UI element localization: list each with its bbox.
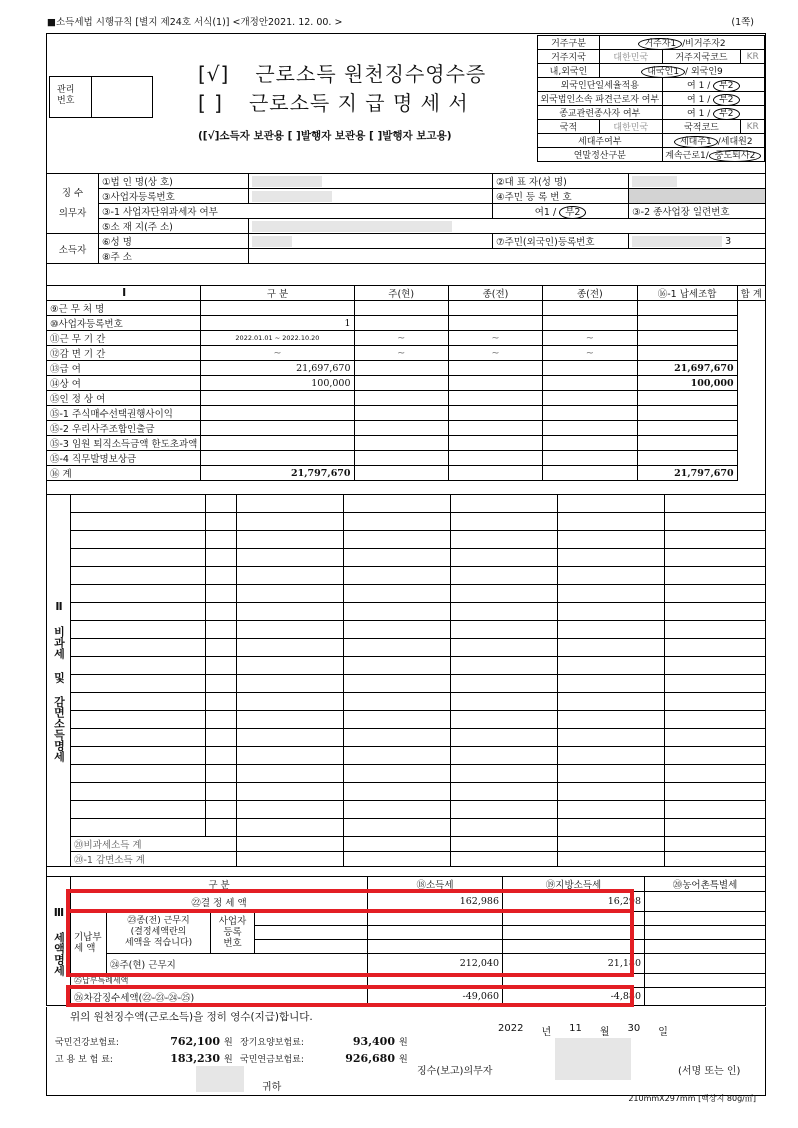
cell-union: [543, 406, 637, 421]
header-rural-tax: ⑳농어촌특별세: [645, 877, 766, 892]
earner-section-label: 소득자: [47, 234, 99, 264]
cell-prev1: [354, 421, 448, 436]
blank-cell: [451, 783, 558, 801]
table-row: [47, 693, 766, 711]
cell-union: ~: [543, 331, 637, 346]
row-label: ⑯ 계: [47, 466, 201, 481]
dispatched-worker-label: 외국법인소속 파견근로자 여부: [538, 92, 663, 106]
row-label: ⑮-4 직무발명보상금: [47, 451, 201, 466]
blank-cell: [665, 621, 766, 639]
branch-no-label: ③-2 종사업장 일련번호: [629, 204, 766, 219]
table-row: [47, 513, 766, 531]
cell-prev1: [354, 376, 448, 391]
blank-cell: [451, 711, 558, 729]
nationality-type-label: 내,외국인: [538, 64, 600, 78]
blank-cell: [206, 567, 237, 585]
section2-label: Ⅱ 비과세 및 감면소득명세: [47, 495, 71, 867]
cell-total: [637, 316, 737, 331]
cell-total: [637, 331, 737, 346]
page-number: (1쪽): [731, 14, 754, 28]
blank-cell: [71, 729, 206, 747]
cell-prev2: ~: [448, 346, 542, 361]
blank-cell: [665, 852, 766, 867]
blank-cell: [558, 585, 665, 603]
blank-cell: [206, 621, 237, 639]
cell-prev1: ~: [354, 346, 448, 361]
blank-cell: [451, 531, 558, 549]
residence-country-value: 대한민국: [600, 50, 663, 64]
table-row: ⑨근 무 처 명: [47, 301, 766, 316]
blank-cell: [665, 585, 766, 603]
blank-cell: [344, 513, 451, 531]
blank-cell: [344, 729, 451, 747]
row-label: ⑫감 면 기 간: [47, 346, 201, 361]
blank-cell: [206, 657, 237, 675]
cell-cur: 2022.01.01 ~ 2022.10.20: [201, 331, 354, 346]
payer-section-label: 징 수 의무자: [47, 174, 99, 234]
blank-cell: [558, 783, 665, 801]
ltc-insurance-label: 장기요양보험료:: [240, 1035, 320, 1048]
date-month: 11: [569, 1023, 582, 1038]
row-label: ⑭상 여: [47, 376, 201, 391]
employment-insurance-amount: 183,230: [145, 1052, 220, 1065]
blank-cell: [451, 495, 558, 513]
cell-prev2: [448, 436, 542, 451]
blank-cell: [237, 495, 344, 513]
cell-total: 21,797,670: [637, 466, 737, 481]
cell-prev1: [354, 361, 448, 376]
household-head-label: 세대주여부: [538, 134, 663, 148]
blank-cell: [71, 549, 206, 567]
blank-cell: [237, 837, 344, 852]
blank-cell: [206, 693, 237, 711]
cell-cur: [201, 406, 354, 421]
table-row: [47, 675, 766, 693]
table-row: [47, 765, 766, 783]
cell-total: 100,000: [637, 376, 737, 391]
blank-cell: [451, 837, 558, 852]
blank-cell: [237, 621, 344, 639]
cell-union: [543, 376, 637, 391]
recipient-suffix: 귀하: [262, 1078, 281, 1093]
pension-label: 국민연금보험료:: [240, 1052, 320, 1065]
table-row: [47, 549, 766, 567]
cell-union: [543, 361, 637, 376]
cell-prev2: [448, 451, 542, 466]
payer-earner-table: 징 수 의무자 ①법 인 명(상 호) x ②대 표 자(성 명) x ③사업자…: [46, 173, 766, 264]
blank-cell: [558, 621, 665, 639]
blank-cell: [665, 801, 766, 819]
form-title: [√]근로소득 원천징수영수증 [ ]근로소득 지 급 명 세 서: [198, 60, 486, 118]
cell-prev2: [448, 301, 542, 316]
header-prev2: 종(전): [543, 286, 637, 301]
blank-cell: [451, 819, 558, 837]
table-row: [47, 657, 766, 675]
blank-cell: [344, 495, 451, 513]
blank-cell: [558, 675, 665, 693]
cell-prev2: [448, 361, 542, 376]
blank-cell: [344, 693, 451, 711]
company-name-redacted: x: [252, 176, 322, 187]
payer-address-label: ⑤소 재 지(주 소): [99, 219, 249, 234]
blank-cell: [206, 783, 237, 801]
cell-prev2: ~: [448, 331, 542, 346]
table-row: [47, 819, 766, 837]
blank-cell: [344, 657, 451, 675]
blank-cell: [71, 495, 206, 513]
date-month-unit: 월: [600, 1023, 610, 1038]
blank-cell: [344, 852, 451, 867]
payer-address-redacted: x: [252, 221, 452, 232]
blank-cell: [237, 585, 344, 603]
earner-id-label: ⑦주민(외국인)등록번호: [493, 234, 629, 249]
blank-cell: [71, 585, 206, 603]
cell-union: [543, 421, 637, 436]
blank-cell: [451, 801, 558, 819]
cell-prev2: [448, 376, 542, 391]
blank-cell: [558, 765, 665, 783]
cell-union: [543, 316, 637, 331]
unit-tax-label: ③-1 사업자단위과세자 여부: [99, 204, 493, 219]
blank-cell: [344, 711, 451, 729]
flat-rate-label: 외국인단일세율적용: [538, 78, 663, 92]
cell-cur: 21,697,670: [201, 361, 354, 376]
cell-total: [637, 301, 737, 316]
earner-name-label: ⑥성 명: [99, 234, 249, 249]
table-row: [47, 567, 766, 585]
form-reference: ■소득세법 시행규칙 [별지 제24호 서식(1)] <개정안2021. 12.…: [47, 14, 342, 28]
date-day: 30: [628, 1023, 641, 1038]
cell-cur: [201, 451, 354, 466]
row-label: ⑮인 정 상 여: [47, 391, 201, 406]
blank-cell: [237, 567, 344, 585]
row-label: ⑨근 무 처 명: [47, 301, 201, 316]
blank-cell: [206, 819, 237, 837]
payer-seal-redacted: [555, 1038, 631, 1080]
blank-cell: [237, 603, 344, 621]
cell-union: [543, 391, 637, 406]
header-total: 합 계: [737, 286, 765, 301]
residence-table: 거주구분거주자1/비거주자2 거주지국대한민국거주지국코드KR 내,외국인내국인…: [537, 35, 765, 162]
blank-cell: [206, 729, 237, 747]
section1-label: Ⅰ 근무처별소득명세: [47, 286, 201, 301]
blank-cell: [344, 567, 451, 585]
blank-cell: [451, 729, 558, 747]
cell-cur: 21,797,670: [201, 466, 354, 481]
blank-cell: [71, 531, 206, 549]
table-row: ⑯ 계21,797,67021,797,670: [47, 466, 766, 481]
blank-cell: [451, 639, 558, 657]
table-row: ⑮-1 주식매수선택권행사이익: [47, 406, 766, 421]
blank-cell: [206, 765, 237, 783]
household-head-value[interactable]: 세대주1/세대원2: [662, 134, 764, 148]
table-row: [47, 639, 766, 657]
blank-cell: [665, 783, 766, 801]
blank-cell: [665, 567, 766, 585]
cell-prev1: [354, 406, 448, 421]
cell-prev1: [354, 436, 448, 451]
blank-cell: [344, 603, 451, 621]
cell-prev2: [448, 421, 542, 436]
blank-cell: [451, 657, 558, 675]
table-row: ⑮-3 임원 퇴직소득금액 한도초과액: [47, 436, 766, 451]
company-name-label: ①법 인 명(상 호): [99, 174, 249, 189]
blank-cell: [206, 513, 237, 531]
title-statement: 근로소득 지 급 명 세 서: [249, 89, 469, 118]
row-label: ⑮-3 임원 퇴직소득금액 한도초과액: [47, 436, 201, 451]
blank-cell: [237, 819, 344, 837]
header-union: ⑯-1 납세조합: [637, 286, 737, 301]
date-year-unit: 년: [541, 1023, 551, 1038]
blank-cell: [344, 765, 451, 783]
cell-prev1: [354, 301, 448, 316]
blank-cell: [665, 711, 766, 729]
blank-cell: [558, 513, 665, 531]
ceo-redacted: x: [632, 176, 677, 187]
blank-cell: [451, 693, 558, 711]
table-row: ⑮-2 우리사주조합인출금: [47, 421, 766, 436]
blank-cell: [206, 639, 237, 657]
blank-cell: [71, 513, 206, 531]
blank-cell: [665, 837, 766, 852]
blank-cell: [451, 675, 558, 693]
pension-amount: 926,680: [320, 1052, 395, 1065]
blank-cell: [558, 852, 665, 867]
unit: 원: [395, 1052, 415, 1065]
blank-cell: [237, 747, 344, 765]
cell-total: [637, 421, 737, 436]
current-employer-rural-tax: [645, 954, 766, 974]
blank-cell: [344, 585, 451, 603]
insurance-list: 국민건강보험료: 762,100 원 장기요양보험료: 93,400 원 고 용…: [55, 1035, 415, 1065]
blank-cell: [665, 693, 766, 711]
blank-cell: [344, 549, 451, 567]
blank-cell: [206, 495, 237, 513]
unit-tax-value[interactable]: 여1 / 부2: [493, 204, 629, 219]
blank-cell: [344, 675, 451, 693]
blank-cell: [237, 765, 344, 783]
health-insurance-label: 국민건강보험료:: [55, 1035, 145, 1048]
blank-cell: [237, 639, 344, 657]
blank-cell: [237, 513, 344, 531]
religious-worker-label: 종교관련종사자 여부: [538, 106, 663, 120]
cell-total: [637, 391, 737, 406]
blank-cell: [451, 852, 558, 867]
cell-union: [543, 436, 637, 451]
cell-total: [637, 451, 737, 466]
table-row: ⑪근 무 기 간2022.01.01 ~ 2022.10.20~~~: [47, 331, 766, 346]
cell-prev1: [354, 451, 448, 466]
blank-cell: [344, 639, 451, 657]
cell-cur: [201, 301, 354, 316]
table-row: ⑬급 여21,697,67021,697,670: [47, 361, 766, 376]
cell-cur: [201, 421, 354, 436]
earner-name-redacted: x: [252, 236, 292, 247]
blank-cell: [451, 567, 558, 585]
table-row: [47, 783, 766, 801]
unit: 원: [220, 1052, 240, 1065]
earner-id-suffix: 3: [725, 236, 731, 247]
date-day-unit: 일: [658, 1023, 668, 1038]
management-number-box: 관리번호: [49, 76, 153, 118]
difference-rural-tax: [645, 988, 766, 1006]
blank-cell: [558, 531, 665, 549]
residence-type-label: 거주구분: [538, 36, 600, 50]
receipt-checkbox[interactable]: [√]: [198, 60, 229, 89]
blank-cell: [71, 711, 206, 729]
blank-cell: [451, 621, 558, 639]
blank-cell: [206, 801, 237, 819]
blank-cell: [237, 657, 344, 675]
cell-total: [637, 436, 737, 451]
cell-cur: [201, 436, 354, 451]
dispatched-worker-value[interactable]: 여 1 / 부2: [662, 92, 764, 106]
blank-cell: [344, 837, 451, 852]
blank-cell: [344, 621, 451, 639]
blank-cell: [344, 531, 451, 549]
blank-cell: [237, 801, 344, 819]
blank-cell: [451, 513, 558, 531]
table-row: [47, 729, 766, 747]
cell-cur: [201, 391, 354, 406]
income-by-employer-table: Ⅰ 근무처별소득명세 구 분 주(현) 종(전) 종(전) ⑯-1 납세조합 합…: [46, 285, 766, 481]
nationality-label: 국적: [538, 120, 600, 134]
blank-cell: [558, 819, 665, 837]
blank-cell: [71, 675, 206, 693]
table-row: ⑮인 정 상 여: [47, 391, 766, 406]
issue-date: 2022년 11월 30일: [498, 1023, 668, 1038]
blank-cell: [71, 621, 206, 639]
header-category: 구 분: [201, 286, 354, 301]
table-row: [47, 603, 766, 621]
nationality-value: 대한민국: [600, 120, 663, 134]
table-row: [47, 747, 766, 765]
blank-cell: [451, 585, 558, 603]
cell-prev2: [448, 466, 542, 481]
date-year: 2022: [498, 1023, 523, 1038]
table-row: ⑭상 여100,000100,000: [47, 376, 766, 391]
religious-worker-value[interactable]: 여 1 / 부2: [662, 106, 764, 120]
blank-cell: [665, 765, 766, 783]
table-row: ⑩사업자등록번호1: [47, 316, 766, 331]
blank-cell: [665, 747, 766, 765]
blank-cell: [344, 747, 451, 765]
blank-cell: [558, 495, 665, 513]
table-row: [47, 711, 766, 729]
blank-cell: [665, 603, 766, 621]
blank-cell: [451, 747, 558, 765]
table-row: ⑮-4 직무발명보상금: [47, 451, 766, 466]
blank-cell: [344, 783, 451, 801]
nationality-type-value[interactable]: 내국인1/ 외국인9: [600, 64, 765, 78]
blank-cell: [237, 783, 344, 801]
blank-cell: [665, 819, 766, 837]
cell-union: ~: [543, 346, 637, 361]
blank-cell: [665, 729, 766, 747]
cell-prev2: [448, 391, 542, 406]
blank-cell: [665, 531, 766, 549]
cell-cur: ~: [201, 346, 354, 361]
flat-rate-value[interactable]: 여 1 / 부2: [662, 78, 764, 92]
cell-union: [543, 466, 637, 481]
blank-cell: [558, 549, 665, 567]
blank-cell: [451, 603, 558, 621]
blank-cell: [665, 657, 766, 675]
blank-cell: [237, 531, 344, 549]
blank-cell: [558, 747, 665, 765]
residence-code-label: 거주지국코드: [662, 50, 741, 64]
cell-union: [543, 451, 637, 466]
cell-prev2: [448, 406, 542, 421]
cell-prev1: [354, 391, 448, 406]
cell-union: [543, 301, 637, 316]
blank-cell: [665, 639, 766, 657]
blank-cell: [558, 603, 665, 621]
biz-no-label: ③사업자등록번호: [99, 189, 249, 204]
blank-cell: [237, 693, 344, 711]
blank-cell: [558, 837, 665, 852]
blank-cell: [71, 819, 206, 837]
row-label: ⑪근 무 기 간: [47, 331, 201, 346]
ltc-insurance-amount: 93,400: [320, 1035, 395, 1048]
settlement-type-label: 연말정산구분: [538, 148, 663, 162]
blank-cell: [558, 693, 665, 711]
statement-checkbox[interactable]: [ ]: [198, 89, 223, 118]
earner-id-redacted: x: [632, 236, 722, 247]
reduction-total-label: ⑳-1 감면소득 계: [71, 852, 237, 867]
table-row: [47, 585, 766, 603]
blank-cell: [71, 639, 206, 657]
blank-cell: [237, 729, 344, 747]
cell-total: [637, 346, 737, 361]
blank-cell: [206, 603, 237, 621]
blank-cell: [665, 675, 766, 693]
cell-cur: 100,000: [201, 376, 354, 391]
cell-prev1: [354, 316, 448, 331]
residence-type-value[interactable]: 거주자1/비거주자2: [600, 36, 765, 50]
blank-cell: [451, 765, 558, 783]
blank-cell: [71, 603, 206, 621]
table-row: Ⅱ 비과세 및 감면소득명세: [47, 495, 766, 513]
blank-cell: [206, 531, 237, 549]
signature-placeholder: (서명 또는 인): [678, 1062, 740, 1077]
settlement-type-value[interactable]: 계속근로1/중도퇴사2: [662, 148, 764, 162]
determined-rural-tax: [645, 892, 766, 912]
resident-no-redacted: [629, 189, 766, 204]
residence-code-value: KR: [741, 50, 765, 64]
confirm-text: 위의 원천징수액(근로소득)을 정히 영수(지급)합니다.: [70, 1009, 313, 1024]
earner-address-label: ⑧주 소: [99, 249, 249, 264]
row-label: ⑬급 여: [47, 361, 201, 376]
blank-cell: [206, 747, 237, 765]
row-label: ⑩사업자등록번호: [47, 316, 201, 331]
blank-cell: [558, 711, 665, 729]
nationality-code-label: 국적코드: [662, 120, 741, 134]
nontaxable-income-table: Ⅱ 비과세 및 감면소득명세⑳비과세소득 계⑳-1 감면소득 계: [46, 494, 766, 867]
cell-cur: 1: [201, 316, 354, 331]
blank-cell: [71, 801, 206, 819]
blank-cell: [71, 693, 206, 711]
blank-cell: [237, 711, 344, 729]
blank-cell: [558, 567, 665, 585]
blank-cell: [237, 675, 344, 693]
blank-cell: [451, 549, 558, 567]
paper-spec: 210mmX297mm [백상지 80g/㎡]: [628, 1093, 756, 1104]
earner-address-value: [249, 249, 766, 264]
biz-no-redacted: x: [252, 191, 332, 202]
ceo-label: ②대 표 자(성 명): [493, 174, 629, 189]
blank-cell: [71, 657, 206, 675]
